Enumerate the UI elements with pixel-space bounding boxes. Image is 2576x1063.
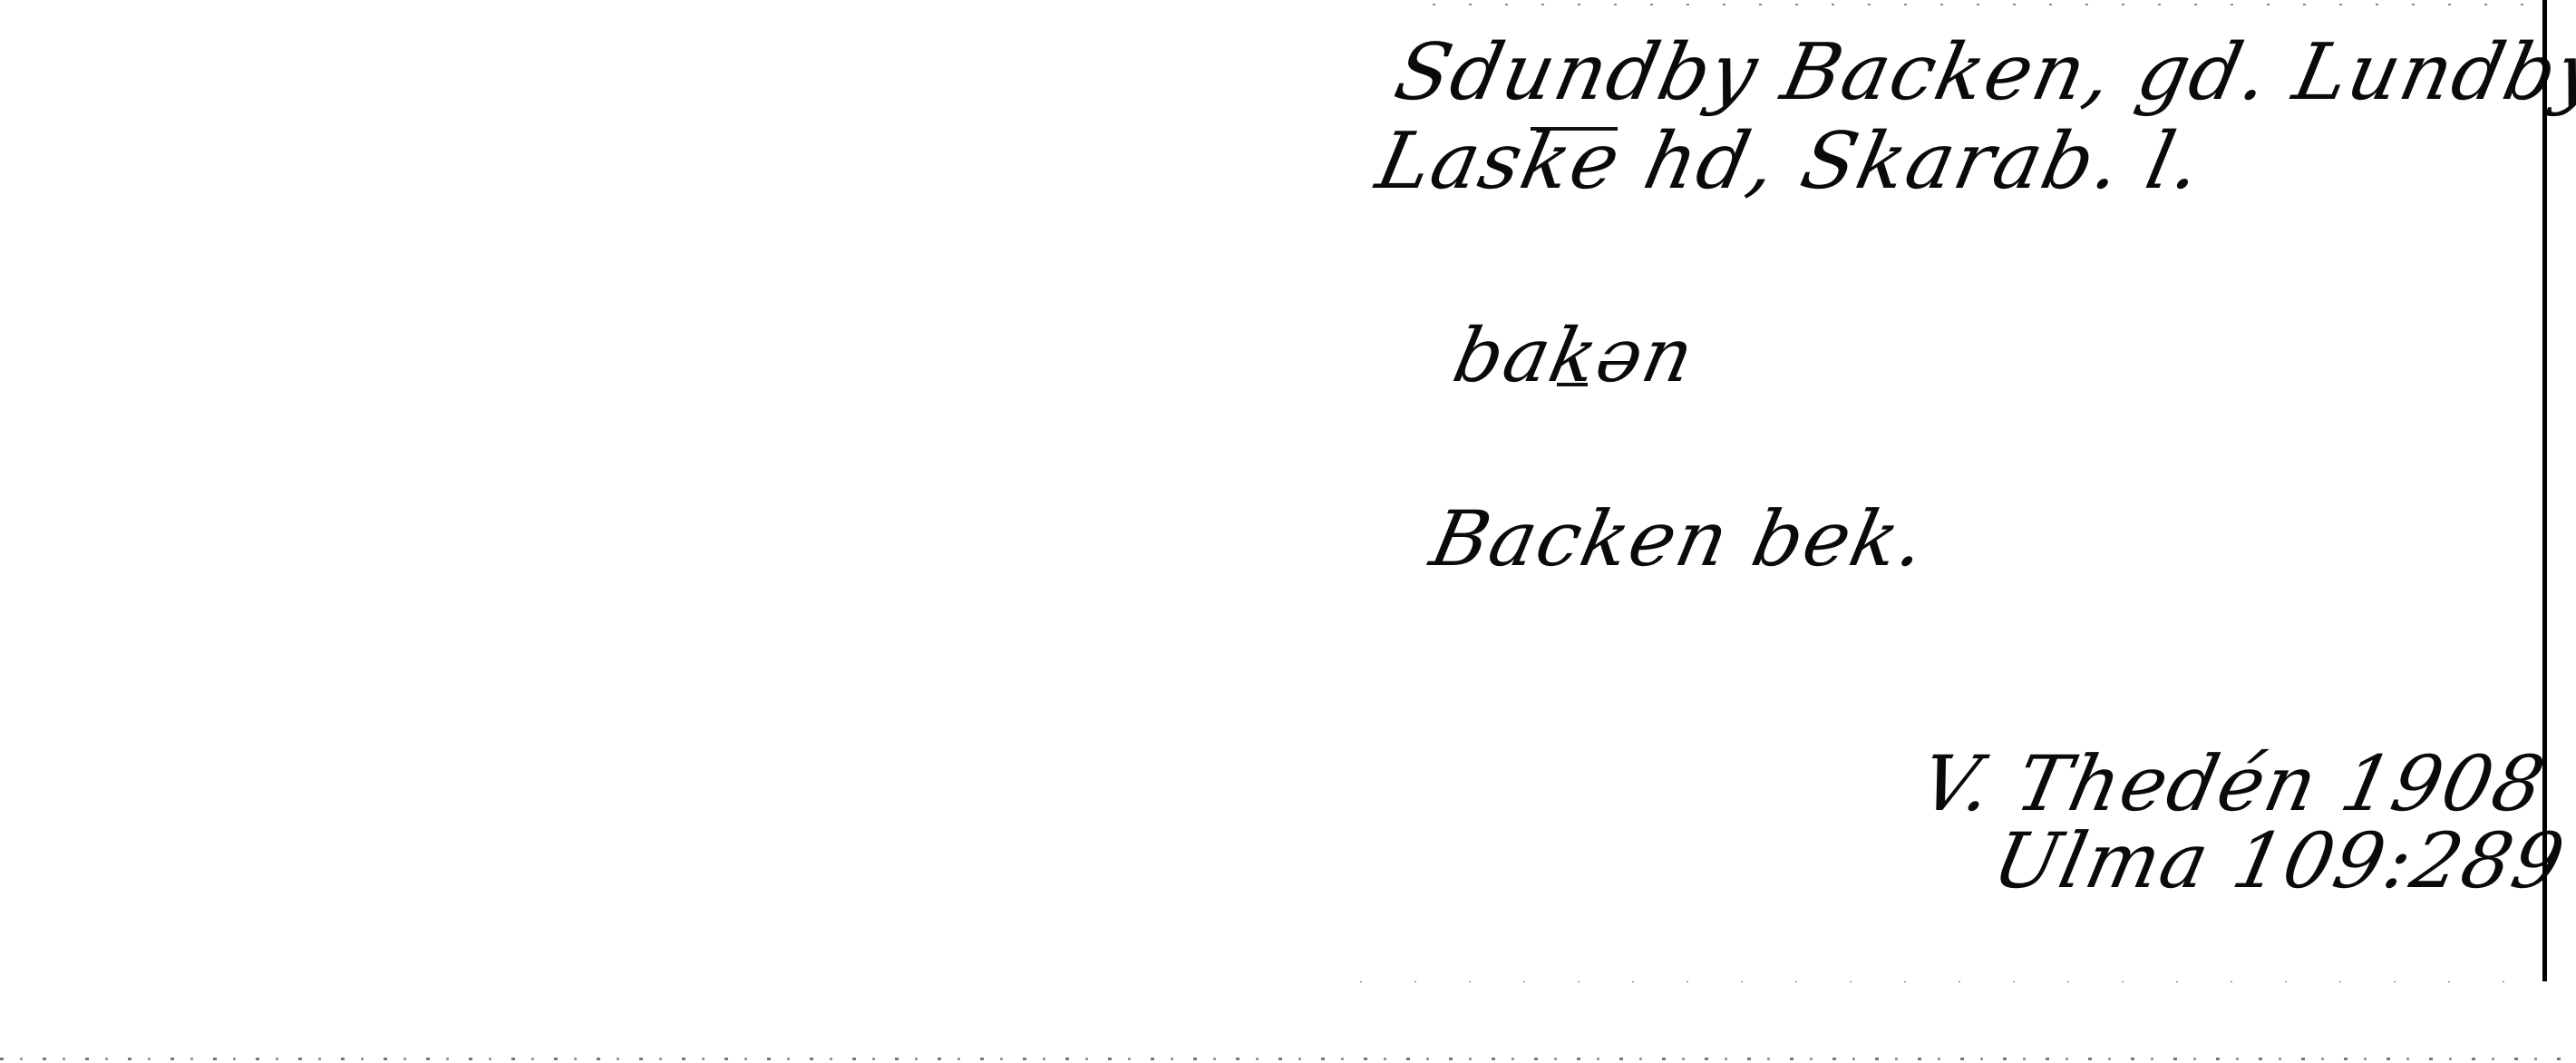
card-right-edge <box>2542 0 2547 981</box>
card-bottom-edge <box>1360 981 2546 982</box>
scanned-card: Sdundby Backen, gd. Lundby sn, Laske hd,… <box>0 0 2576 1063</box>
collector-signature: V. Thedén 1908 <box>1913 739 2553 828</box>
scan-noise <box>0 1058 2576 1060</box>
locality-line-1: Sdundby Backen, gd. Lundby sn, <box>1387 27 2576 118</box>
locality-line-2: Laske hd, Skarab. l. <box>1369 116 2211 207</box>
stress-underline <box>1557 383 1588 386</box>
card-top-edge <box>1433 4 2539 5</box>
archive-reference: Ulma 109:289 <box>1986 816 2573 905</box>
word-form: Backen bek. <box>1424 494 1935 583</box>
